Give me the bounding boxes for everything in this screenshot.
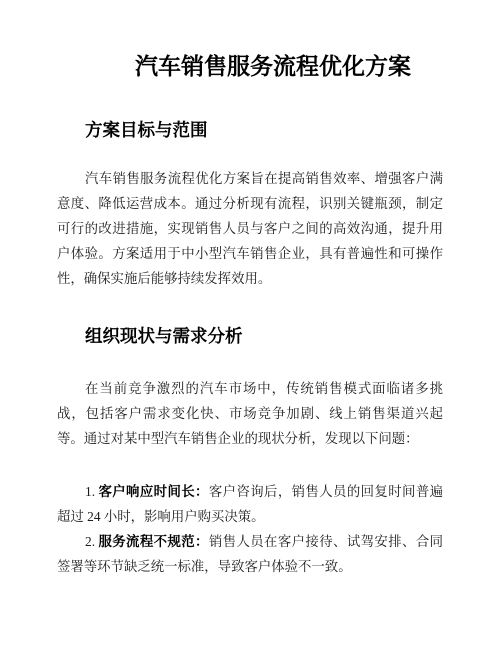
issue-label: 服务流程不规范： — [98, 534, 209, 549]
document-title: 汽车销售服务流程优化方案 — [57, 50, 443, 82]
issue-item-1: 1.客户响应时间长：客户咨询后，销售人员的回复时间普遍超过 24 小时，影响用户… — [57, 479, 443, 529]
issue-item-2: 2.服务流程不规范：销售人员在客户接待、试驾安排、合同签署等环节缺乏统一标准，导… — [57, 529, 443, 579]
section-heading-analysis: 组织现状与需求分析 — [57, 324, 443, 348]
paragraph-analysis: 在当前竞争激烈的汽车市场中，传统销售模式面临诸多挑战，包括客户需求变化快、市场竞… — [57, 376, 443, 451]
document-page: 汽车销售服务流程优化方案 方案目标与范围 汽车销售服务流程优化方案旨在提高销售效… — [0, 0, 500, 647]
section-heading-goals: 方案目标与范围 — [57, 118, 443, 142]
issue-list: 1.客户响应时间长：客户咨询后，销售人员的回复时间普遍超过 24 小时，影响用户… — [57, 479, 443, 579]
paragraph-goals: 汽车销售服务流程优化方案旨在提高销售效率、增强客户满意度、降低运营成本。通过分析… — [57, 166, 443, 291]
issue-number: 1. — [85, 484, 95, 499]
issue-label: 客户响应时间长： — [98, 484, 209, 499]
issue-number: 2. — [85, 534, 95, 549]
